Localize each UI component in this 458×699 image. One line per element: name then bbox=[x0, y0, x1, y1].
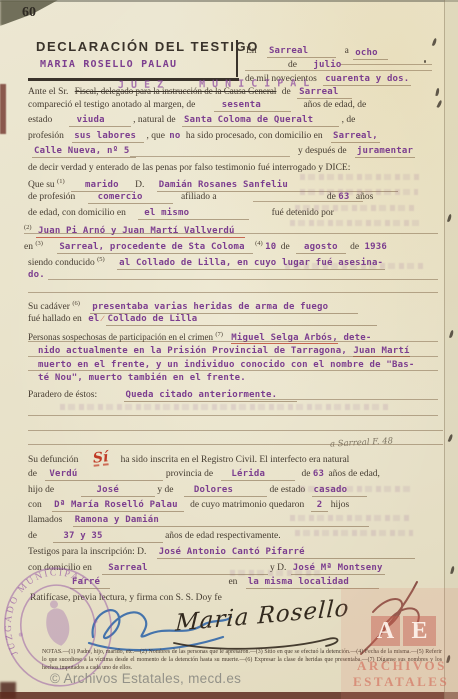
title-divider bbox=[236, 40, 238, 77]
bleedthrough-mark bbox=[295, 530, 413, 536]
ruled-line bbox=[28, 356, 438, 357]
label-de: de bbox=[281, 242, 290, 252]
field-testigo-1: José Antonio Cantó Pifarré bbox=[157, 547, 415, 559]
label-estado: estado bbox=[28, 115, 52, 125]
field-edades-hijos: 37 y 35 bbox=[53, 531, 162, 543]
ruled-line bbox=[28, 341, 438, 342]
label-en: En bbox=[246, 46, 257, 56]
document-page: 60 DECLARACIÓN DEL TESTIGO MARIA ROSELLO… bbox=[0, 0, 458, 699]
field-esposa: Dª María Roselló Palau bbox=[52, 500, 184, 512]
field-anyo: 1936 bbox=[364, 242, 386, 252]
bleedthrough-mark bbox=[60, 404, 390, 410]
label-despues: y después de bbox=[298, 146, 347, 156]
field-sospechoso-1: Miguel Selga Arbós, bbox=[231, 333, 338, 344]
field-paradero: Queda citado anteriormente. bbox=[124, 390, 298, 402]
label-de: de bbox=[282, 87, 291, 97]
field-mes: agosto bbox=[296, 242, 346, 254]
field-causa-place: Sarreal bbox=[297, 87, 352, 99]
field-calle: Calle Nueva, nº 5 bbox=[32, 146, 136, 158]
field-edad2: 63 bbox=[313, 469, 324, 479]
field-juramentar: juramentar bbox=[355, 146, 415, 158]
ruled-line bbox=[253, 201, 363, 202]
field-nombres-hijos: Ramona y Damián bbox=[73, 515, 369, 527]
stamp-text: JUZGADO MUNICIPAL bbox=[0, 562, 100, 657]
field-domicilio: Sarreal, bbox=[331, 131, 380, 143]
field-captores: Juan Pi Arnó y Juan Martí Vallverdú bbox=[36, 226, 245, 238]
ruled-line bbox=[340, 64, 432, 65]
archivos-estatales-logo: A E ARCHIVOS ESTATALES bbox=[341, 588, 458, 699]
ruled-line bbox=[48, 279, 438, 280]
field-month: julio bbox=[313, 60, 341, 70]
footnote-ref-6: (6) bbox=[72, 300, 80, 307]
label-de: de bbox=[350, 242, 359, 252]
line-juramento: de decir verdad y enterado de las penas … bbox=[28, 162, 350, 174]
field-num-hijos: 2 bbox=[311, 500, 329, 512]
field-profesion-victima: comercio bbox=[88, 192, 173, 204]
label-conducido: siendo conducido bbox=[28, 258, 95, 268]
label-en: en bbox=[228, 577, 237, 587]
label-anos-edad2: años de edad, bbox=[328, 469, 379, 479]
ruled-line bbox=[130, 156, 290, 157]
field-padre: José bbox=[81, 485, 155, 497]
ruled-line bbox=[28, 370, 438, 371]
footnote-ref-5: (5) bbox=[97, 256, 105, 263]
ink-mark bbox=[432, 38, 437, 47]
bleedthrough-mark bbox=[285, 263, 425, 269]
footnote-ref-2: (2) bbox=[24, 224, 32, 231]
ink-mark bbox=[424, 60, 426, 63]
label-de: de bbox=[28, 469, 37, 479]
ruled-line bbox=[28, 415, 438, 416]
logo-letter-a: A bbox=[371, 616, 400, 646]
label-y-don: y D. bbox=[270, 563, 286, 573]
label-registro: ha sido inscrita en el Registro Civil. E… bbox=[121, 455, 350, 465]
logo-word-estatales: ESTATALES bbox=[353, 674, 449, 690]
field-madre: Dolores bbox=[184, 485, 267, 497]
logo-word-archivos: ARCHIVOS bbox=[357, 658, 447, 674]
field-estado: viuda bbox=[69, 115, 131, 127]
label-anos-edad: años de edad, de bbox=[303, 100, 366, 110]
ruled-line bbox=[250, 399, 438, 400]
scan-edge-top bbox=[0, 0, 458, 2]
red-ink-mark: ∕ bbox=[102, 314, 103, 323]
label-con: con bbox=[28, 500, 42, 510]
ink-mark bbox=[435, 88, 439, 96]
bleedthrough-mark bbox=[290, 220, 422, 226]
scan-edge-left bbox=[0, 84, 6, 134]
label-don: D. bbox=[135, 180, 144, 190]
label-afiliado: afiliado a bbox=[181, 192, 217, 202]
label-que: , que bbox=[146, 131, 164, 141]
label-de: , de bbox=[342, 115, 356, 125]
field-hallado-lugar: Collado de Lilla bbox=[106, 314, 378, 326]
label-de: de bbox=[288, 60, 297, 70]
label-profesion: profesión bbox=[28, 131, 64, 141]
label-estado-civil: de estado bbox=[270, 485, 306, 495]
ruled-line bbox=[28, 430, 443, 431]
label-de: de bbox=[302, 469, 311, 479]
bleedthrough-mark bbox=[295, 205, 415, 211]
label-ante: Ante el Sr. bbox=[28, 87, 68, 97]
page-number: 60 bbox=[22, 7, 36, 19]
label-hijo-de: hijo de bbox=[28, 485, 54, 495]
field-no-procesado: no bbox=[169, 131, 180, 141]
logo-letter-e: E bbox=[403, 616, 436, 646]
field-place: Sarreal bbox=[267, 46, 336, 58]
ruled-line bbox=[28, 292, 438, 293]
label-natural-de: , natural de bbox=[133, 115, 175, 125]
label-hijos: hijos bbox=[331, 500, 349, 510]
field-sospechosos-l2: nido actualmente en la Prisión Provincia… bbox=[38, 346, 347, 356]
label-provincia: provincia de bbox=[166, 469, 213, 479]
label-procesado: ha sido procesado, con domicilio en bbox=[186, 131, 323, 141]
label-de-profesion: de profesión bbox=[28, 192, 75, 202]
svg-text:JUZGADO MUNICIPAL: JUZGADO MUNICIPAL bbox=[0, 562, 100, 657]
footnote-ref-4: (4) bbox=[255, 240, 263, 247]
label-cadaver: Su cadáver bbox=[28, 302, 70, 312]
ink-mark bbox=[437, 100, 443, 109]
label-paradero: Paradero de éstos: bbox=[28, 390, 97, 400]
field-provincia: Lérida bbox=[221, 469, 295, 481]
bleedthrough-mark bbox=[300, 189, 418, 195]
label-matrimonio: de cuyo matrimonio quedaron bbox=[190, 500, 304, 510]
copyright-watermark: © Archivos Estatales, mecd.es bbox=[50, 671, 241, 686]
field-domicilio-victima: el mismo bbox=[138, 208, 249, 220]
label-llamados: llamados bbox=[28, 515, 62, 525]
label-respectivamente: años de edad respectivamente. bbox=[165, 531, 281, 541]
struck-fiscal-text: Fiscal, delegado para la instrucción de … bbox=[75, 86, 277, 96]
field-natural-victima: Verdú bbox=[45, 469, 163, 481]
label-de: de bbox=[28, 531, 37, 541]
form-title: DECLARACIÓN DEL TESTIGO bbox=[36, 41, 259, 53]
field-dia: 10 bbox=[265, 242, 276, 252]
handwritten-si: Sí bbox=[92, 451, 109, 467]
label-en: en bbox=[24, 242, 33, 252]
field-profesion: sus labores bbox=[72, 131, 144, 143]
label-defuncion: Su defunción bbox=[28, 455, 78, 465]
registry-annotation: a Sarreal F. 48 bbox=[330, 436, 394, 449]
field-domicilio-testigo: Sarreal bbox=[102, 563, 267, 575]
witness-name: MARIA ROSELLO PALAU bbox=[40, 59, 177, 71]
ruled-line bbox=[24, 233, 438, 234]
field-estado-civil: casado bbox=[312, 485, 368, 497]
label-hallado: fué hallado en bbox=[28, 314, 82, 324]
field-natural: Santa Coloma de Queralt bbox=[182, 115, 339, 127]
field-age: sesenta bbox=[214, 100, 291, 112]
label-domicilio-victima: de edad, con domicilio en bbox=[28, 208, 126, 218]
footnote-ref-7: (7) bbox=[215, 331, 223, 338]
label-comparecio: compareció el testigo anotado al margen,… bbox=[28, 100, 195, 110]
footnote-ref-3: (3) bbox=[35, 240, 43, 247]
field-testigo-2: José Mª Montseny bbox=[291, 563, 385, 575]
field-sospechosos-l4: té Nou", muerto también en el frente. bbox=[38, 372, 246, 384]
label-que-su: Que su bbox=[28, 180, 55, 190]
field-hallado-el: el bbox=[88, 314, 99, 324]
field-lugar-detencion: Sarreal, procedente de Sta Coloma bbox=[57, 242, 252, 254]
label-y-de: y de bbox=[157, 485, 173, 495]
field-day: ocho bbox=[353, 48, 387, 60]
label-a: a bbox=[345, 46, 349, 56]
field-conducido-cont: do. bbox=[28, 270, 45, 280]
bleedthrough-mark bbox=[300, 174, 422, 180]
footnote-ref-1: (1) bbox=[57, 178, 65, 185]
